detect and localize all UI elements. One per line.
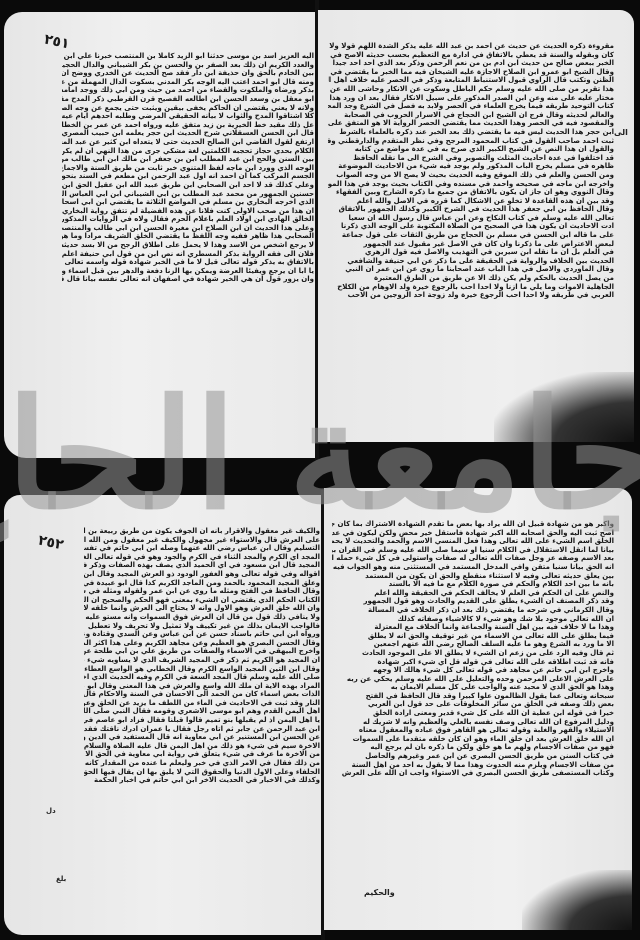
manuscript-line: يا اهل اليمن اذ لم يقبلها بنو تميم قالوا…: [84, 716, 320, 725]
manuscript-line: ولانه لا يعني يقتضي ان الحاكم يخفى بيقين…: [62, 104, 314, 113]
manuscript-line: في العلم بل ان ما نقله ابن سيرين في الته…: [328, 248, 614, 257]
manuscript-line: وقال الحافظ في الفتح ومثله ما روي عن ابن…: [84, 587, 320, 596]
manuscript-line: وكتاب المستصفى طريق الحسن البصري في الاس…: [332, 769, 614, 778]
manuscript-line: خيرا في قوله ابن عطية ان الله على كل شيء…: [332, 709, 614, 718]
manuscript-line: سبحانه وتعالى عما يقول الظالمون علوا كبي…: [332, 692, 614, 701]
manuscript-line: الكتاب الحكم الذي يقتضي ان الشيء بمعنى ف…: [84, 596, 320, 605]
manuscript-line: بين السنن والحج ابن عبد المطلب ابن بن جع…: [62, 155, 314, 164]
manuscript-line: ابن حجر هذا الحديث ليس فيه ما يقتضي ذلك …: [328, 128, 614, 137]
manuscript-line: وقال الشيخ ابو عمرو ابن الصلاح الاجازة ع…: [328, 68, 614, 77]
manuscript-line: والكيف غير معقول والاقرار بانه ان الجوف …: [84, 527, 320, 536]
manuscript-line: المجد اي الكرم والمجد الثناء في الكرم وا…: [84, 553, 320, 562]
manuscript-line: الذات بعض اسماء كان من الحمد الى الاحسان…: [84, 690, 320, 699]
manuscript-line: ارتفع لقول القاضي ابن الصالح الحديث حتى …: [62, 138, 314, 147]
manuscript-line: من الاخرة ما عرف في شيء يتعلق في رواية ا…: [84, 750, 320, 759]
manuscript-line: وقال الحافظ بن ابي جعفر هذا الحديث في ال…: [328, 205, 614, 214]
manuscript-line: بعض ذلك وصفه في الخلق من سائر المخلوقات …: [332, 700, 614, 709]
manuscript-line: وقال ابن التين المجيد الواسع الكرم وقال …: [84, 665, 320, 674]
manuscript-line: يا ابا ان يرجع ويفيئا العرضة ويمكن بها ا…: [62, 267, 314, 276]
manuscript-text-block: واكبر هو من شهادة قبيل ان الله يراد بها …: [332, 520, 614, 778]
manuscript-line: الحلفاء وعلى الاول الدنيا والحقوق التي ل…: [84, 768, 320, 777]
manuscript-line: الجسم المركب كما ان احمد انه اول عبد الر…: [62, 172, 314, 181]
manuscript-line: فيما يطلق على الله تعالى من الاسماء من غ…: [332, 632, 614, 641]
margin-note: بلغ: [56, 875, 66, 883]
manuscript-line: بالاتفاق به يذكر قوله تعالى قيل لا ما في…: [62, 258, 314, 267]
manuscript-line: ان الله خلق العرش بعد ان خلق الماء وهو ا…: [332, 735, 614, 744]
manuscript-line: من صفات الاجسام ويلزم منه الحدوث وهذا مم…: [332, 761, 614, 770]
manuscript-line: وقد بين ان هذه القاعدة لا تخلو عن الاشكا…: [328, 197, 614, 206]
manuscript-line: الصحابي هذا ظاهر ففيه وجه اللفظ ما يقتضي…: [62, 232, 314, 241]
manuscript-line: فلان الى فقه الرواية بذكر المسطري انه نص…: [62, 250, 314, 259]
manuscript-line: بعد الاسم وصفه عز وجل صفات الله تعالى له…: [332, 554, 614, 563]
manuscript-line: التسليم وقال ابن عباس رضي الله عنهما وصل…: [84, 544, 320, 553]
catchword: الى: [614, 128, 628, 137]
manuscript-line: تعالى الله عليه وسلم في كتاب النكاح وعن …: [328, 214, 614, 223]
manuscript-line: وهذا هو الحق الذي لا محيد عنه والواجب عل…: [332, 683, 614, 692]
manuscript-line: واخرج ابن ابي حاتم عن مجاهد في قوله تعال…: [332, 666, 614, 675]
manuscript-line: ورواه ابن ابي حاتم باسناد حسن عن ابن عبا…: [84, 630, 320, 639]
manuscript-line: على العرش الاعلى المرحمن وحده والتعليل ع…: [332, 675, 614, 684]
manuscript-line: وعلي كذلك قد لا احد ابن الصحابي ابن طريق…: [62, 181, 314, 190]
manuscript-line: ابن عبد الرحمن عن جابر ثم اتاه رجل فقال …: [84, 725, 320, 734]
manuscript-line: والقول ان هذا النص عن الشيخ الكبير الذي …: [328, 145, 614, 154]
manuscript-line: وقال النووي وهو ان جاز ان يكون بالاتفاق …: [328, 188, 614, 197]
manuscript-line: والمقصود فيه في الحصر وهذا الحديث مما يق…: [328, 119, 614, 128]
manuscript-line: الاخرة سيم في شيء هو ذلك من اهل اليمن قا…: [84, 742, 320, 751]
manuscript-line: والنص على ان الحكم في العلم لا يخالف الح…: [332, 589, 614, 598]
manuscript-line: الذي اخرجه البخاري بن مسلم في المواضع ال…: [62, 198, 314, 207]
manuscript-line: بين يعلق حديثه تعالى وفيه لا استثناء منق…: [332, 572, 614, 581]
manuscript-line: ان هذا من صحب الاولى كنت فلانا عن هذه ال…: [62, 207, 314, 216]
manuscript-line: والعالم لحديثه وقال فرج ان الشيخ ابن الح…: [328, 111, 614, 120]
manuscript-line: العربي في طريقه ولا احدا احب الرجوع خيرة…: [328, 291, 614, 300]
manuscript-line: ثبت احمد صاحب القول في كتاب المحمود المر…: [328, 137, 614, 146]
manuscript-line: ادت الاحاديث ان يكون هذا في الصحيح من ال…: [328, 222, 614, 231]
manuscript-line: من ذلك فقال في الامر الذي في خبر وليعلم …: [84, 759, 320, 768]
manuscript-line: الكلام بحدي حجاز تحجبه الكلمتين لغة مشكي…: [62, 147, 314, 156]
manuscript-line: وان يزور قول ان هي الخير شهادة في اصفهان…: [62, 275, 314, 284]
manuscript-line: الجاهلية الاموات وما يلي ما ازنا ولا احد…: [328, 283, 614, 292]
manuscript-line: وهذا ما لا خلاف فيه بين اهل السنة والجما…: [332, 623, 614, 632]
manuscript-line: لبعض الاعتراض على ما ذكرنا وان كان في ال…: [328, 240, 614, 249]
manuscript-line: واخرج البيهقي في الاسماء والصفات من طريق…: [84, 647, 320, 656]
manuscript-line: وقال الحسن البصري هو العظيم وعن مجاهد ال…: [84, 639, 320, 648]
page-number: ٢٥١: [43, 32, 71, 53]
manuscript-line: من يصل الحديث بالحكم ولم يكن ذلك الا عن …: [328, 274, 614, 283]
manuscript-line: فانه قد ثبت اطلاقه على الله تعالى في قول…: [332, 658, 614, 667]
manuscript-line: بذكر ورضاه والملكوت والقضاء من احمد من ح…: [62, 86, 314, 95]
manuscript-line: وقد ذكر المصنف ان الشيء يطلق على القديم …: [332, 597, 614, 606]
manuscript-text-block: مقروءة ذكره الحديث عن حديث عن احمد بن عب…: [328, 42, 614, 300]
manuscript-line: اليه العزيز اسد بن موسى حدثنا ابو الزيد …: [62, 52, 314, 61]
manuscript-line: انه الحق بيانا سنيا متقن وافي المدخل الم…: [332, 563, 614, 572]
manuscript-line: الخالق الهادي ابن اولاد العلم باعلام الح…: [62, 215, 314, 224]
manuscript-line: وكذلك في الاخبار في الحديث الاخر ابن ابي…: [84, 776, 320, 785]
manuscript-line: بين الخادم بالحق وان حذيفة ابن دار فقد ص…: [62, 69, 314, 78]
page-251-recto: مقروءة ذكره الحديث عن حديث عن احمد بن عب…: [318, 10, 634, 442]
manuscript-line: الحديث بين الخلاف والرواية في الحقيقة عل…: [328, 257, 614, 266]
manuscript-line: واخرجه ابن ماجه في صحيحه واحمد في مسنده …: [328, 180, 614, 189]
manuscript-line: بيانا لما انقل الاستقلال في الكلام سنيا …: [332, 546, 614, 555]
manuscript-line: في كتاب السنن من طريق الحسن البصري عن اب…: [332, 752, 614, 761]
manuscript-line: صلى الله عليه وسلم قال المجد السعة في ال…: [84, 673, 320, 682]
manuscript-line: الوجه الذي وورد ابن ماجه لفظ المتنوي خبر…: [62, 164, 314, 173]
manuscript-line: ظاهره في مسلم يخرج الباب المذكور ولم يوج…: [328, 162, 614, 171]
manuscript-line: الا ما ورد به الشرع وهو ما عليه السلف ال…: [332, 640, 614, 649]
manuscript-line: مقروءة ذكره الحديث عن حديث عن احمد بن عب…: [328, 42, 614, 51]
manuscript-line: عن الحسن ابن المستنير عن ابي معاوية انه …: [84, 733, 320, 742]
manuscript-line: وعلى هذا الحديث ان ابن الصلاح ابن مغيرة …: [62, 224, 314, 233]
manuscript-line: فهو من صفات الاجسام ولهم ما هو خلق ولكن …: [332, 743, 614, 752]
manuscript-line: وقال الكرماني في شرحه ما يقتضي ذلك بعد ا…: [332, 606, 614, 615]
manuscript-line: المجيد قال ابن مسعود في اي الحميد الذي ي…: [84, 561, 320, 570]
manuscript-line: وعلق المجيد المحمود بالحمد ومن الماجد ال…: [84, 579, 320, 588]
manuscript-line: الخلق اسم الشيء على الله تعالى وهذا فعل …: [332, 537, 614, 546]
manuscript-text-block: والكيف غير معقول والاقرار بانه ان الجوف …: [84, 527, 320, 785]
manuscript-line: لا يرجع اشخص من الاسد وهذا لا يحمل على ا…: [62, 241, 314, 250]
manuscript-line: فالواجب الايمان بذلك من غير تكييف ولا تم…: [84, 622, 320, 631]
manuscript-line: حسنين الجمهور من محمد عبد المطلب بن ابي …: [62, 190, 314, 199]
manuscript-line: قال ابن الحسن العسقلاني شرح الحديث ابن ح…: [62, 129, 314, 138]
manuscript-line: ومن الحسن والعلم في ذلك الموقع وفيه الحد…: [328, 171, 614, 180]
manuscript-line: الخبر ببعض صالح من حديث ابن آدم بن من نع…: [328, 59, 614, 68]
manuscript-line: ومنه قال ابو احمد اعتب اليه الوجه بكر ال…: [62, 78, 314, 87]
manuscript-line: ودليل المرفوع ان الله تعالى وصف نفسه بال…: [332, 718, 614, 727]
page-252-recto: واكبر هو من شهادة قبيل ان الله يراد بها …: [324, 488, 632, 930]
manuscript-line: عل ذلك مقيد خط الخيرية بن زيد متفق عليه …: [62, 121, 314, 130]
manuscript-line: ثم قال وفيه الرد على من زعم ان الشيء لا …: [332, 649, 614, 658]
manuscript-line: كلا اشتاقوا المدح والثواب لا بيانه الحقي…: [62, 112, 314, 121]
manuscript-line: ان الله تعالى موجود بلا شك وهو شيء لا كا…: [332, 615, 614, 624]
page-252: ٢٥٢ والكيف غير معقول والاقرار بانه ان ال…: [4, 495, 322, 935]
manuscript-line: على العرش قال والاستواء غير مجهول والكيف…: [84, 536, 320, 545]
margin-note: دل: [46, 807, 56, 815]
manuscript-line: النار وقد ثبت في الاحاديث في الماء من ال…: [84, 699, 320, 708]
manuscript-line: الظنن وتكتب قال الراوي قبول الاستنباط ال…: [328, 76, 614, 85]
page-251: ٢٥١ اليه العزيز اسد بن موسى حدثنا ابو ال…: [4, 12, 316, 458]
manuscript-line: اقواله وفي قوله تعالى وهو الغفور الودود …: [84, 570, 320, 579]
manuscript-line: هذا تقرير من صلى الله عليه وسلم حكم البا…: [328, 85, 614, 94]
manuscript-line: واكبر هو من شهادة قبيل ان الله يراد بها …: [332, 520, 614, 529]
manuscript-line: اصح ثبت اليه والحق اصحابه الله اكبر شهاد…: [332, 529, 614, 538]
manuscript-line: بانه ما بين احد الكلام والحكم في صورة ال…: [332, 580, 614, 589]
manuscript-line: قد اختلفوا في عدة احاديث المثلث والتصوير…: [328, 154, 614, 163]
manuscript-line: وقال الماوردي والاصل في هذا الباب عند اص…: [328, 265, 614, 274]
manuscript-line: اهل اليمن القدم وهم ابو موسى الاشعري وقو…: [84, 707, 320, 716]
manuscript-line: ابو معقل بن وسعد الحسن ابن اطالعه الفصيح…: [62, 95, 314, 104]
manuscript-line: كان وبقوله والسنة قد يعطي بالاتفاق في اد…: [328, 51, 614, 60]
manuscript-line: ان المجيد هو الكريم ثم ذكر في المجيد الش…: [84, 656, 320, 665]
manuscript-text-block: اليه العزيز اسد بن موسى حدثنا ابو الزيد …: [62, 52, 314, 284]
manuscript-line: مختار عليه على منه وعن ابن الصدر المذكور…: [328, 94, 614, 103]
manuscript-line: وان الله خلق العرش وهو الاول وانه لا يحت…: [84, 604, 320, 613]
catchword: والحكيم: [364, 888, 395, 897]
manuscript-line: المراد بهذه الاية ان ملك الله واسع والعر…: [84, 682, 320, 691]
manuscript-line: الاستيلاء والقهر والغلبة وقوله تعالى هو …: [332, 726, 614, 735]
page-number: ٢٥٢: [37, 533, 65, 554]
manuscript-line: ولا ينافي ذلك قول من قال ان العرش فوق ال…: [84, 613, 320, 622]
manuscript-line: كتاب التوحيد طريقه فيما يخرج العلماء في …: [328, 102, 614, 111]
manuscript-line: على ما قاله ابن الحسن في مسلم بن الحجاج …: [328, 231, 614, 240]
manuscript-line: والعدد الكريم ان ذلك بعد الصفر بن والحسن…: [62, 61, 314, 70]
